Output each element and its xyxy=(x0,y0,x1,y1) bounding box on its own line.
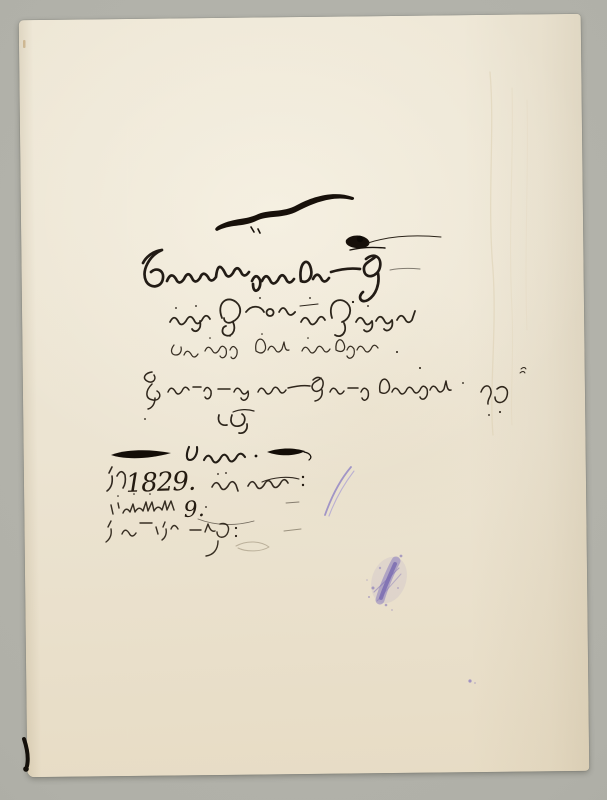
violet-dot xyxy=(366,579,368,581)
rule-swash-left xyxy=(111,450,171,458)
flourish-tick xyxy=(251,227,260,233)
ink-stroke xyxy=(168,387,211,399)
violet-speck xyxy=(468,679,476,683)
ink-stroke xyxy=(246,307,295,316)
ink-dot xyxy=(396,351,398,353)
diacritic-dots xyxy=(175,297,369,309)
ink-stroke xyxy=(331,269,360,272)
ink-stroke xyxy=(390,268,420,270)
rule-word xyxy=(187,447,258,463)
ink-dot xyxy=(209,337,211,339)
ink-stroke xyxy=(481,386,507,404)
ink-stroke xyxy=(336,340,378,358)
ink-stroke xyxy=(288,386,310,388)
ink-dot xyxy=(229,335,231,337)
ink-stroke xyxy=(170,316,210,331)
violet-dot xyxy=(400,555,403,558)
edge-marks xyxy=(23,40,29,772)
pencil-marks xyxy=(236,529,301,551)
ink-dot xyxy=(302,476,304,478)
date-line-3 xyxy=(106,521,301,556)
rule-swash-tail xyxy=(304,452,311,460)
ink-stroke xyxy=(122,523,158,536)
body-line-3 xyxy=(172,333,421,369)
ink-dot xyxy=(225,472,227,474)
ink-dot xyxy=(175,307,177,309)
edge-ink-blob xyxy=(23,766,29,772)
ink-stroke xyxy=(331,300,350,336)
manuscript-ink-layer: 1829. 9. xyxy=(0,0,607,800)
violet-stroke xyxy=(329,471,354,516)
ink-stroke xyxy=(356,311,415,332)
ink-stroke xyxy=(143,250,163,286)
violet-stamp-smudge xyxy=(365,552,413,611)
ink-stroke xyxy=(111,501,174,514)
violet-dot xyxy=(474,682,476,684)
crease-line xyxy=(490,72,494,435)
ink-stroke xyxy=(248,480,288,489)
title-line xyxy=(143,250,420,301)
violet-dot xyxy=(468,679,471,682)
ink-dot xyxy=(117,495,119,497)
title-flourish xyxy=(215,194,354,233)
ink-dot xyxy=(488,414,490,416)
section-rule xyxy=(111,447,311,463)
colon-dots xyxy=(235,527,237,537)
ink-stroke xyxy=(300,262,329,282)
ink-dot xyxy=(255,455,258,458)
ink-stroke xyxy=(218,388,248,400)
violet-dot xyxy=(372,587,375,590)
ink-stroke xyxy=(520,368,526,374)
ink-dot xyxy=(205,506,207,508)
violet-pen-stroke xyxy=(325,467,354,516)
violet-dot xyxy=(379,567,381,569)
photograph-background: 1829. 9. xyxy=(0,0,607,800)
flourish-ribbon xyxy=(215,194,354,231)
ink-dot xyxy=(235,535,237,537)
date-line-3-cursive xyxy=(106,521,229,556)
ink-dot xyxy=(302,484,304,486)
title-annotation xyxy=(346,236,441,250)
ink-dot xyxy=(309,297,311,299)
ink-stroke xyxy=(220,299,240,335)
ink-dot xyxy=(217,473,219,475)
ink-dot xyxy=(261,333,263,335)
colon-dots xyxy=(217,472,304,486)
violet-dot xyxy=(368,596,370,598)
body-line-5 xyxy=(218,410,254,434)
edge-stain xyxy=(23,40,26,48)
ink-dot xyxy=(133,493,135,495)
ink-stroke xyxy=(190,523,229,556)
ink-stroke xyxy=(258,387,286,394)
body-line-4 xyxy=(144,368,526,420)
violet-dot xyxy=(391,609,393,611)
date-line-1: 1829. xyxy=(107,467,304,499)
ink-dot xyxy=(419,367,421,369)
ink-dot xyxy=(462,382,464,384)
ink-stroke xyxy=(145,372,160,409)
ink-dot xyxy=(499,411,501,413)
ink-stroke xyxy=(360,256,380,301)
ink-stroke xyxy=(106,521,111,542)
ink-stroke xyxy=(330,388,368,400)
ink-blot xyxy=(357,236,363,242)
ink-stroke xyxy=(286,502,299,503)
ink-stroke xyxy=(302,346,330,353)
ink-stroke xyxy=(205,346,237,358)
pencil-loop xyxy=(236,542,269,551)
ink-stroke xyxy=(252,275,294,290)
ink-stroke xyxy=(212,482,238,491)
violet-stroke xyxy=(325,467,351,515)
ink-dot xyxy=(352,301,354,303)
day-text: 9. xyxy=(183,497,205,523)
ink-dot xyxy=(307,337,309,339)
year-text: 1829. xyxy=(125,467,195,499)
ink-stroke xyxy=(218,414,244,426)
ink-dot xyxy=(144,418,146,420)
ink-dot xyxy=(259,297,261,299)
rule-swash-right xyxy=(267,449,305,456)
ink-stroke xyxy=(256,339,289,353)
ink-stroke xyxy=(380,379,451,399)
ink-stroke xyxy=(167,267,249,283)
ink-stroke xyxy=(172,345,198,357)
body-line-2 xyxy=(170,297,415,336)
crease-line xyxy=(511,88,513,425)
ink-dot xyxy=(195,305,197,307)
edge-ink-mark xyxy=(24,739,28,766)
ink-stroke xyxy=(301,317,325,325)
crease-line xyxy=(526,100,527,330)
ink-stroke xyxy=(187,447,245,463)
violet-dot xyxy=(397,587,399,589)
paper-creases xyxy=(490,72,527,435)
ink-stroke xyxy=(233,410,254,412)
ink-dot xyxy=(235,527,237,529)
ink-stroke xyxy=(312,378,323,401)
ink-dot xyxy=(367,305,369,307)
ink-stroke xyxy=(368,236,441,243)
pencil-stroke xyxy=(284,529,301,531)
ink-stroke xyxy=(300,304,318,306)
violet-dot xyxy=(385,604,388,607)
ink-dot xyxy=(149,493,151,495)
ink-stroke xyxy=(162,522,178,540)
ink-stroke xyxy=(107,467,125,491)
